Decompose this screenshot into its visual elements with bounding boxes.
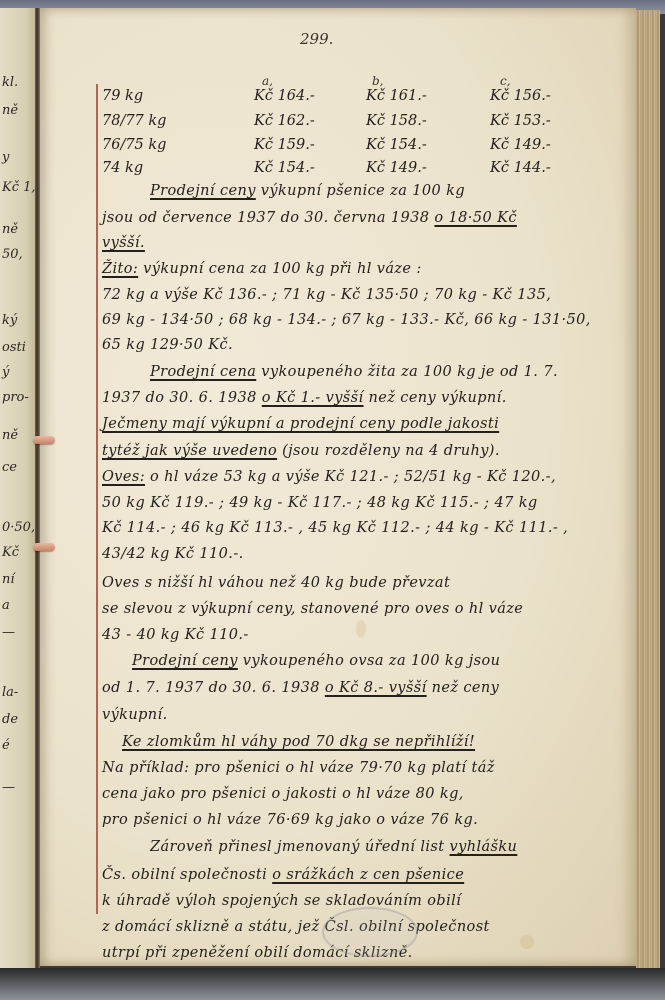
previous-page-text-fragment: osti [2, 340, 26, 355]
handwritten-line: 65 kg 129·50 Kč. [102, 337, 233, 353]
underlined-phrase: tytéž jak výše uvedeno [102, 443, 277, 459]
text-fragment: Na příklad: pro pšenici o hl váze 79·70 … [102, 760, 495, 776]
previous-page-text-fragment: 50, [2, 247, 23, 262]
handwritten-line: pro pšenici o hl váze 76·69 kg jako o vá… [102, 812, 478, 828]
previous-page-text-fragment: a [2, 598, 10, 613]
text-fragment: vykoupeného ovsa za 100 kg jsou [238, 653, 501, 669]
text-fragment: od 1. 7. 1937 do 30. 6. 1938 [102, 680, 325, 696]
previous-page-text-fragment: Kč 1, [2, 180, 36, 195]
handwritten-line: 43/42 kg Kč 110.-. [102, 546, 244, 562]
previous-page-text-fragment: — [2, 625, 15, 640]
handwritten-line: vyšší. [102, 235, 145, 251]
previous-page-text-fragment: ký [2, 313, 17, 328]
text-fragment: Oves s nižší hl váhou než 40 kg bude pře… [102, 575, 450, 591]
binding-thread-upper [33, 436, 55, 444]
handwritten-line: z domácí sklizně a státu, jež Čsl. obiln… [102, 919, 490, 935]
handwritten-line: jsou od července 1937 do 30. června 1938… [102, 210, 517, 226]
text-fragment: se slevou z výkupní ceny, stanovené pro … [102, 601, 523, 617]
text-fragment: z domácí sklizně a státu, jež Čsl. obiln… [102, 919, 490, 935]
previous-page-text-fragment: ně [2, 428, 18, 443]
price-cell-a: Kč 159.- [254, 137, 315, 153]
handwritten-line: Prodejní ceny vykoupeného ovsa za 100 kg… [132, 653, 500, 669]
previous-page-text-fragment: ý [2, 365, 9, 380]
text-fragment: Zároveň přinesl jmenovaný úřední list [150, 839, 450, 855]
price-cell-c: Kč 156.- [490, 88, 551, 104]
text-fragment: výkupní pšenice za 100 kg [256, 183, 465, 199]
price-cell-b: Kč 149.- [366, 160, 427, 176]
text-fragment: výkupní cena za 100 kg při hl váze : [138, 261, 422, 277]
text-fragment: k úhradě výloh spojených se skladováním … [102, 893, 461, 909]
underlined-phrase: Žito: [102, 261, 138, 277]
faded-library-stamp [322, 907, 418, 957]
underlined-phrase: Oves: [102, 469, 145, 485]
underlined-phrase: Prodejní ceny [132, 653, 238, 669]
previous-page-text-fragment: y [2, 150, 9, 165]
previous-page-text-fragment: kl. [2, 75, 18, 90]
text-fragment: 65 kg 129·50 Kč. [102, 337, 233, 353]
previous-page-text-fragment: ně [2, 222, 18, 237]
handwritten-line: Kč 114.- ; 46 kg Kč 113.- , 45 kg Kč 112… [102, 520, 568, 536]
handwritten-line: Oves: o hl váze 53 kg a výše Kč 121.- ; … [102, 469, 556, 485]
text-fragment: než ceny [427, 680, 500, 696]
handwritten-line: 43 - 40 kg Kč 110.- [102, 627, 249, 643]
underlined-phrase: Prodejní cena [150, 364, 256, 380]
underlined-phrase: o Kč 1.- vyšší [262, 390, 364, 406]
previous-page-text-fragment: ce [2, 460, 17, 475]
text-fragment: Kč 114.- ; 46 kg Kč 113.- , 45 kg Kč 112… [102, 520, 568, 536]
text-fragment: cena jako pro pšenici o jakosti o hl váz… [102, 786, 464, 802]
underlined-phrase: Prodejní ceny [150, 183, 256, 199]
handwritten-line: Prodejní ceny výkupní pšenice za 100 kg [150, 183, 465, 199]
weight-cell: 78/77 kg [102, 113, 166, 129]
underlined-phrase: vyšší. [102, 235, 145, 251]
previous-page-text-fragment: é [2, 738, 10, 753]
paper-stain [520, 935, 534, 949]
price-cell-c: Kč 144.- [490, 160, 551, 176]
column-header-b: b, [372, 74, 384, 88]
red-margin-rule [96, 84, 98, 914]
text-fragment: pro pšenici o hl váze 76·69 kg jako o vá… [102, 812, 478, 828]
price-cell-c: Kč 149.- [490, 137, 551, 153]
scan-backdrop-bottom [0, 968, 665, 1000]
underlined-phrase: o Kč 8.- vyšší [325, 680, 427, 696]
handwritten-line: cena jako pro pšenici o jakosti o hl váz… [102, 786, 464, 802]
text-fragment: (jsou rozděleny na 4 druhy). [277, 443, 500, 459]
handwritten-line: 50 kg Kč 119.- ; 49 kg - Kč 117.- ; 48 k… [102, 495, 538, 511]
handwritten-line: tytéž jak výše uvedeno (jsou rozděleny n… [102, 443, 500, 459]
handwritten-line: Žito: výkupní cena za 100 kg při hl váze… [102, 261, 422, 277]
price-cell-b: Kč 161.- [366, 88, 427, 104]
page-number: 299. [300, 30, 333, 48]
previous-page-text-fragment: pro- [2, 390, 29, 405]
underlined-phrase: Ječmeny mají výkupní a prodejní ceny pod… [102, 416, 499, 432]
previous-page-text-fragment: 0·50, [2, 520, 35, 535]
underlined-phrase: o 18·50 Kč [434, 210, 516, 226]
weight-cell: 76/75 kg [102, 137, 166, 153]
text-fragment: o hl váze 53 kg a výše Kč 121.- ; 52/51 … [145, 469, 556, 485]
handwritten-line: Ječmeny mají výkupní a prodejní ceny pod… [102, 416, 499, 432]
price-cell-a: Kč 164.- [254, 88, 315, 104]
previous-page-text-fragment: — [2, 780, 15, 795]
weight-cell: 74 kg [102, 160, 143, 176]
handwritten-line: Prodejní cena vykoupeného žita za 100 kg… [150, 364, 558, 380]
text-fragment: 43 - 40 kg Kč 110.- [102, 627, 249, 643]
underlined-phrase: Ke zlomkům hl váhy pod 70 dkg se nepřihl… [122, 734, 475, 750]
text-fragment: než ceny výkupní. [364, 390, 507, 406]
handwritten-line: 69 kg - 134·50 ; 68 kg - 134.- ; 67 kg -… [102, 312, 591, 328]
handwritten-line: se slevou z výkupní ceny, stanovené pro … [102, 601, 523, 617]
previous-page-text-fragment: ně [2, 103, 18, 118]
weight-cell: 79 kg [102, 88, 143, 104]
text-fragment: 50 kg Kč 119.- ; 49 kg - Kč 117.- ; 48 k… [102, 495, 538, 511]
previous-page-text-fragment: la- [2, 685, 18, 700]
text-fragment: 43/42 kg Kč 110.-. [102, 546, 244, 562]
page-stack-edges [636, 10, 660, 968]
previous-page-text-fragment: de [2, 712, 18, 727]
previous-page-text-fragment: ní [2, 572, 15, 587]
previous-page-text-fragment: Kč [2, 545, 19, 560]
handwritten-line: Oves s nižší hl váhou než 40 kg bude pře… [102, 575, 450, 591]
handwritten-line: Na příklad: pro pšenici o hl váze 79·70 … [102, 760, 495, 776]
price-cell-b: Kč 154.- [366, 137, 427, 153]
binding-thread-lower [33, 543, 55, 551]
underlined-phrase: vyhlášku [450, 839, 518, 855]
text-fragment: 1937 do 30. 6. 1938 [102, 390, 262, 406]
underlined-phrase: o srážkách z cen pšenice [272, 867, 464, 883]
paper-stain [356, 620, 366, 638]
text-fragment: 72 kg a výše Kč 136.- ; 71 kg - Kč 135·5… [102, 287, 551, 303]
column-header-a: a, [262, 74, 273, 88]
handwritten-line: k úhradě výloh spojených se skladováním … [102, 893, 461, 909]
handwritten-line: od 1. 7. 1937 do 30. 6. 1938 o Kč 8.- vy… [102, 680, 499, 696]
text-fragment: jsou od července 1937 do 30. června 1938 [102, 210, 434, 226]
price-cell-a: Kč 154.- [254, 160, 315, 176]
handwritten-line: 72 kg a výše Kč 136.- ; 71 kg - Kč 135·5… [102, 287, 551, 303]
handwritten-line: 1937 do 30. 6. 1938 o Kč 1.- vyšší než c… [102, 390, 507, 406]
text-fragment: výkupní. [102, 707, 168, 723]
handwritten-line: Zároveň přinesl jmenovaný úřední list vy… [150, 839, 517, 855]
text-fragment: Čs. obilní společnosti [102, 867, 272, 883]
handwritten-line: Ke zlomkům hl váhy pod 70 dkg se nepřihl… [122, 734, 475, 750]
price-cell-a: Kč 162.- [254, 113, 315, 129]
price-cell-c: Kč 153.- [490, 113, 551, 129]
previous-page-edge: kl.něyKč 1,ně50,kýostiýpro-něce0·50,Kční… [0, 8, 37, 968]
handwritten-line: výkupní. [102, 707, 168, 723]
text-fragment: vykoupeného žita za 100 kg je od 1. 7. [256, 364, 558, 380]
price-cell-b: Kč 158.- [366, 113, 427, 129]
handwritten-line: Čs. obilní společnosti o srážkách z cen … [102, 867, 464, 883]
column-header-c: c, [500, 74, 511, 88]
text-fragment: 69 kg - 134·50 ; 68 kg - 134.- ; 67 kg -… [102, 312, 591, 328]
